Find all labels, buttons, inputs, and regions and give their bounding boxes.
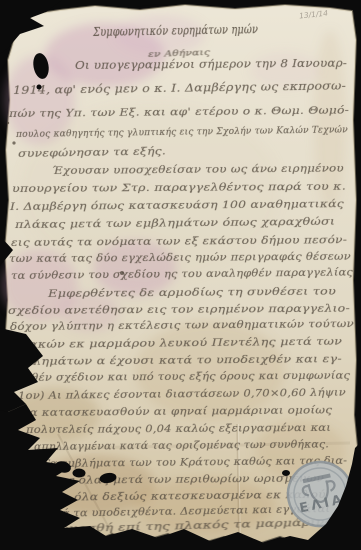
scanned-manuscript-photo: Συμφωνητικόν ευρημάτων ημώνεν ΑθήναιςΟι …: [0, 0, 361, 550]
manuscript-line: εις αυτάς τα ονόματα των εξ εκάστου δήμο…: [11, 234, 347, 249]
manuscript-line: πουλος καθηγητής της γλυπτικής εις την Σ…: [16, 125, 348, 140]
manuscript-line: πολυτελείς πάχους 0,04 καλώς εξειργασμέν…: [26, 422, 331, 436]
manuscript-line: πλάκας μετά των εμβλημάτων όπως χαραχθώσ…: [15, 216, 335, 231]
manuscript-line: υπουργείου των Στρ. παραγγελθέντος παρά …: [12, 181, 346, 195]
manuscript-line: σχεδίου ανετέθησαν εις τον ειρημένον παρ…: [8, 303, 350, 317]
manuscript-line: πλακών εκ μαρμάρου λευκού Πεντέλης μετά …: [12, 336, 342, 351]
manuscript-line: Ι. Δαμβέργη όπως κατασκευάση 100 αναθημα…: [10, 198, 344, 213]
manuscript-line: συνεφώνησαν τα εξής.: [18, 145, 166, 160]
manuscript-line: κριθέν σχέδιον και υπό τους εξής όρους κ…: [12, 371, 350, 384]
manuscript-line: Εμφερθέντες δε αρμοδίως τη συνθέσει του: [48, 285, 336, 300]
manuscript-line: θα είναι όλα δεξιώς κατεσκευασμένα εκ κα…: [16, 489, 326, 504]
manuscript-line: Έχουσαν υποσχεθείσαν του ως άνω ειρημένο…: [52, 162, 344, 177]
manuscript-line: πών της Υπ. των Εξ. και αφ' ετέρου ο κ. …: [9, 104, 349, 120]
manuscript-line: των κατά τας δύο εγχελώδεις ημών περιγρα…: [9, 252, 351, 265]
manuscript-line: στάσεις όλας μετά των περιθωρίων ωρισμέν…: [24, 472, 324, 487]
manuscript-line: εμβλημάτων α έχουσι κατά το υποδειχθέν κ…: [10, 353, 342, 368]
manuscript-line: Τα εμβλήματα των του Κράτους καθώς και τ…: [42, 455, 347, 470]
manuscript-line: διά χημικής μελάνης των.: [44, 536, 174, 550]
manuscript-line: 1ον) Αι πλάκες έσονται διαστάσεων 0,70×0…: [18, 387, 346, 402]
manuscript-line: 1914, αφ' ενός μεν ο κ. Ι. Δαμβέργης ως …: [13, 79, 346, 97]
manuscript-line: δόχον γλύπτην η εκτέλεσις των αναθηματικ…: [10, 319, 354, 333]
manuscript-text-layer: Συμφωνητικόν ευρημάτων ημώνεν ΑθήναιςΟι …: [0, 0, 361, 550]
manuscript-line: απηλλαγμέναι κατά τας οριζομένας των συν…: [34, 438, 329, 453]
manuscript-line: τα σύνθεσιν του σχεδίου ης του αναληφθέν…: [11, 267, 353, 282]
manuscript-line: Οι υπογεγραμμένοι σήμερον την 8 Ιανουαρ-: [75, 57, 347, 72]
document-title: Συμφωνητικόν ευρημάτων ημών: [93, 22, 258, 39]
manuscript-line: να κατασκευασθούν αι φηναί μαρμάριναι ομ…: [22, 404, 332, 419]
